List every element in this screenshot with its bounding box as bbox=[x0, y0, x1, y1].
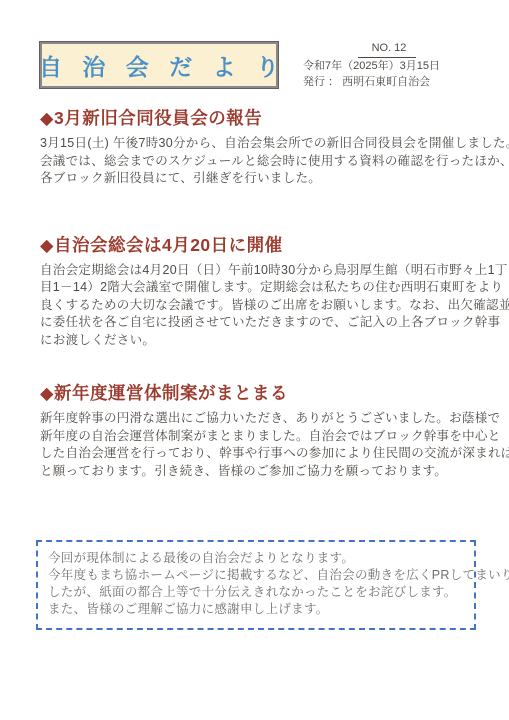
paragraph-line: 良くするための大切な会議です。皆様のご出席をお願いします。なお、出欠確認並び bbox=[40, 297, 471, 315]
paragraph-line: 3月15日(土) 午後7時30分から、自治会集会所での新旧合同役員会を開催しまし… bbox=[40, 135, 471, 153]
newsletter-title-box: 自 治 会 だ よ り bbox=[40, 42, 278, 88]
paragraph-line: 会議では、総会までのスケジュールと総会時に使用する資料の確認を行ったほか、 bbox=[40, 153, 471, 171]
paragraph-line: に委任状を各ご自宅に投函させていただきますので、ご記入の上各ブロック幹事 bbox=[40, 314, 471, 332]
paragraph-line: 自治会定期総会は4月20日（日）午前10時30分から鳥羽厚生館（明石市野々上1丁 bbox=[40, 262, 471, 280]
closing-notice-box: 今回が現体制による最後の自治会だよりとなります。 今年度もまち協ホームページに掲… bbox=[36, 540, 476, 630]
paragraph-line: にお渡しください。 bbox=[40, 332, 471, 350]
newsletter-title: 自 治 会 だ よ り bbox=[32, 49, 286, 82]
section-heading: ◆3月新旧合同役員会の報告 bbox=[40, 105, 471, 130]
paragraph-line: と願っております。引き続き、皆様のご参加ご協力を願っております。 bbox=[40, 463, 471, 481]
notice-line: また、皆様のご理解ご協力に感謝申し上げます。 bbox=[48, 601, 464, 618]
paragraph-line: 各ブロック新旧役員にて、引継ぎを行いました。 bbox=[40, 170, 471, 188]
section-paragraph: 3月15日(土) 午後7時30分から、自治会集会所での新旧合同役員会を開催しまし… bbox=[40, 135, 471, 188]
section-heading: ◆新年度運営体制案がまとまる bbox=[40, 380, 471, 405]
notice-line: 今回が現体制による最後の自治会だよりとなります。 bbox=[48, 550, 464, 567]
section-heading: ◆自治会総会は4月20日に開催 bbox=[40, 232, 471, 257]
paragraph-line: 新年度幹事の円滑な選出にご協力いただき、ありがとうございました。お蔭様で bbox=[40, 410, 471, 428]
paragraph-line: 新年度の自治会運営体制案がまとまりました。自治会ではブロック幹事を中心と bbox=[40, 428, 471, 446]
section-new-structure: ◆新年度運営体制案がまとまる 新年度幹事の円滑な選出にご協力いただき、ありがとう… bbox=[40, 380, 471, 480]
paragraph-line: 目1－14）2階大会議室で開催します。定期総会は私たちの住む西明石東町をより bbox=[40, 279, 471, 297]
section-march-meeting: ◆3月新旧合同役員会の報告 3月15日(土) 午後7時30分から、自治会集会所で… bbox=[40, 105, 471, 188]
newsletter-page: 自 治 会 だ よ り NO. 12 令和7年（2025年）3月15日 発行 ：… bbox=[0, 0, 509, 720]
issue-number-line: NO. 12 bbox=[303, 40, 471, 58]
paragraph-line: した自治会運営を行っており、幹事や行事への参加により住民間の交流が深まれば bbox=[40, 445, 471, 463]
publisher: 発行 ： 西明石東町自治会 bbox=[303, 74, 471, 90]
section-general-meeting: ◆自治会総会は4月20日に開催 自治会定期総会は4月20日（日）午前10時30分… bbox=[40, 232, 471, 350]
issue-info: NO. 12 令和7年（2025年）3月15日 発行 ： 西明石東町自治会 bbox=[303, 40, 471, 90]
issue-date: 令和7年（2025年）3月15日 bbox=[303, 58, 471, 74]
notice-line: 今年度もまち協ホームページに掲載するなど、自治会の動きを広くPRしてまいりま bbox=[48, 567, 464, 584]
notice-line: したが、紙面の都合上等で十分伝えきれなかったことをお詫びします。 bbox=[48, 584, 464, 601]
section-paragraph: 新年度幹事の円滑な選出にご協力いただき、ありがとうございました。お蔭様で 新年度… bbox=[40, 410, 471, 480]
issue-number: NO. 12 bbox=[358, 40, 417, 58]
section-paragraph: 自治会定期総会は4月20日（日）午前10時30分から鳥羽厚生館（明石市野々上1丁… bbox=[40, 262, 471, 350]
newsletter-header: 自 治 会 だ よ り NO. 12 令和7年（2025年）3月15日 発行 ：… bbox=[40, 42, 471, 90]
